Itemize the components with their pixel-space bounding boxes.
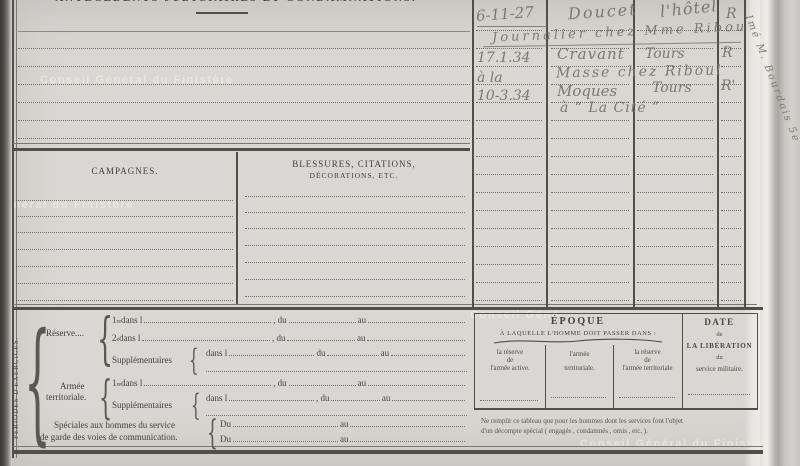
ruled-line [476,174,542,175]
ruled-line [721,174,741,175]
ruled-line [721,228,741,229]
du-label: Du [220,420,231,429]
ruled-line [16,300,233,301]
dotted-fill [392,399,465,401]
ruled-line [551,210,629,211]
armee-brace: { [99,374,112,420]
ruled-line [18,48,470,49]
row-label: dans l [206,394,227,403]
supplementaires-brace: { [191,391,201,421]
speciales-label-line2: de garde des voies de communication. [40,432,177,442]
du-label: , du [273,316,287,325]
epoque-col1-header: la réserve de l'armée active. [477,349,543,373]
ruled-line [551,192,629,193]
ruled-line [551,174,629,175]
ruled-line [476,102,542,103]
ruled-line [476,264,542,265]
dotted-fill [233,440,338,442]
reserve-brace: { [97,312,113,368]
ruled-line [551,30,629,31]
ruled-line [637,300,713,301]
ruled-line [637,120,713,121]
record-table-border [744,0,746,307]
entry-text: Doucet [568,2,639,23]
dotted-fill [368,384,465,386]
book-binding-edge [0,0,12,466]
dotted-fill [289,384,356,386]
header-line: l'armée [548,351,611,359]
ruled-line [476,300,542,301]
ruled-line [18,84,470,85]
header-line: service militaire. [684,365,755,373]
du-label: du [316,349,325,358]
ruled-line [721,300,741,301]
entry-text: Cravant [557,47,625,62]
ruled-line [721,192,741,193]
ruled-line [551,66,629,67]
ruled-line [637,174,713,175]
du-label: , du [273,379,287,388]
ruled-line [476,156,542,157]
speciales-label-line1: Spéciales aux hommes du service [54,420,175,430]
epoque-col3-header: la réserve de l'armée territoriale [615,349,680,373]
ruled-line [721,84,741,85]
periods-side-label: PÉRIODES D'EXERCICES. [12,333,20,439]
section-rule-heavy [13,148,470,151]
ruled-line [551,282,629,283]
armee-label-line1: Armée [60,381,85,391]
ruled-line [18,66,470,67]
ruled-line [551,48,629,49]
armee-row-1: 1redans l , du au [112,379,467,388]
ruled-line [206,371,467,372]
ruled-line [637,210,713,211]
dotted-fill [229,354,314,356]
speciales-row-1: Du au [220,420,467,429]
dotted-fill [233,425,338,427]
au-label: au [358,379,367,388]
dotted-fill [289,321,356,323]
archive-watermark: Conseil Général du Finistère [580,438,760,450]
section-rule [13,304,757,305]
ruled-line [551,397,606,398]
header-line: l'armée active. [477,365,543,373]
epoque-table-border [613,345,614,409]
supplementaires-brace: { [189,346,199,376]
ruled-line [476,138,542,139]
ruled-line [637,264,713,265]
entry-text: à la [477,71,503,85]
ruled-line [476,228,542,229]
du-label: , du [272,334,286,343]
dotted-fill [331,399,379,401]
ruled-line [721,48,741,49]
ruled-line [637,156,713,157]
ruled-line [476,282,542,283]
au-label: au [382,394,391,403]
ruled-line [637,138,713,139]
row-label: dans l [206,349,227,358]
speciales-row-2: Du au [220,435,467,444]
ruled-line [476,210,542,211]
dotted-fill [287,339,355,341]
ruled-line [551,102,629,103]
au-label: au [340,435,349,444]
row-label: dans l [121,379,142,388]
ruled-line [721,120,741,121]
ruled-line [721,30,741,31]
ruled-line [476,30,542,31]
ruled-line [551,138,629,139]
header-line: de [615,357,680,365]
dotted-fill [142,339,270,341]
entry-text: Journalier chez Mme Ribou [492,20,748,44]
ruled-line [551,228,629,229]
supplementaires-label: Supplémentaires [112,355,172,365]
ruled-line [476,120,542,121]
du-label: Du [220,435,231,444]
epoque-title: ÉPOQUE [474,316,682,327]
ruled-line [637,48,713,49]
supplementaires-label: Supplémentaires [112,400,172,410]
ruled-line [476,48,542,49]
ruled-line [551,120,629,121]
epoque-col2-header: l'armée territoriale. [548,351,611,373]
header-line: DATE [684,317,755,327]
supplementaires-row: dans l du au [206,349,467,358]
du-label: , du [316,394,330,403]
bottom-rule-heavy [13,450,763,454]
dotted-fill [327,354,378,356]
judicial-section-title: ANTÉCÉDENTS JUDICIAIRES ET CONDAMNATIONS… [14,0,458,4]
wounds-header-line1: BLESSURES, CITATIONS, [238,159,470,169]
ruled-line [16,200,233,201]
section-rule-heavy [13,307,763,310]
ruled-line [637,30,713,31]
epoque-table-top [474,313,757,314]
ruled-line [245,245,465,246]
entry-text: l'hôtel [659,0,718,20]
handwriting-underline [477,26,547,27]
ruled-line [721,282,741,283]
ruled-line [637,66,713,67]
ruled-line [551,264,629,265]
dotted-fill [350,425,465,427]
ruled-line [476,246,542,247]
ruled-line [637,246,713,247]
epoque-table-border [757,313,758,409]
ruled-line [721,246,741,247]
wounds-header-line2: DÉCORATIONS, ETC. [238,171,470,180]
scanned-military-record-page: Conseil Général du Finistère Conseil Gén… [0,0,800,466]
reserve-row-2: 2edans l , du au [112,334,467,343]
epoque-table-bottom [474,408,758,410]
record-table-border [633,0,635,307]
ruled-line [245,279,465,280]
reserve-row-1: 1redans l , du au [112,316,467,325]
record-table-border [472,0,474,307]
ruled-line [16,266,233,267]
ruled-line [551,84,629,85]
ruled-line [206,415,467,416]
ruled-line [721,66,741,67]
entry-text: Tours [645,47,685,61]
ruled-line [16,249,233,250]
campaigns-header: CAMPAGNES. [14,166,236,176]
ruled-line [18,31,470,32]
dotted-fill [368,321,465,323]
header-line: LA LIBÉRATION [684,342,755,350]
epoque-swash-rule [492,338,664,345]
ruled-line [476,84,542,85]
ruled-line [619,397,675,398]
ruled-line [18,120,470,121]
epoque-table-border [682,313,683,409]
record-table-border [717,0,719,307]
entry-text: à “ La Cité ” [560,101,660,115]
ruled-line [245,196,465,197]
ruled-line [551,156,629,157]
dotted-fill [391,354,465,356]
row-label: dans l [119,334,140,343]
ruled-line [245,228,465,229]
header-line: territoriale. [548,365,611,373]
epoque-subtitle: À LAQUELLE L'HOMME DOIT PASSER DANS : [474,330,682,337]
ruled-line [476,192,542,193]
ruled-line [721,210,741,211]
header-line: du [684,354,755,361]
header-line: de [684,331,755,338]
entry-mark: R [726,7,737,21]
ruled-line [18,138,470,139]
dotted-fill [367,339,465,341]
ruled-line [637,192,713,193]
au-label: au [340,420,349,429]
ruled-line [245,296,465,297]
ruled-line [721,264,741,265]
epoque-footnote-line1: Ne remplir ce tableau que pour les homme… [481,417,771,425]
row-label: dans l [121,316,142,325]
supplementaires-row-2: dans l , du au [206,394,467,403]
dotted-fill [144,384,271,386]
au-label: au [381,349,390,358]
ruled-line [551,300,629,301]
ruled-line [721,102,741,103]
entry-date: 10-3.34 [477,89,531,103]
campaigns-wounds-divider [236,152,238,305]
ruled-line [480,400,538,401]
liberation-date-header: DATE de LA LIBÉRATION du service militai… [684,317,755,373]
header-line: la réserve [615,349,680,357]
armee-label-line2: territoriale. [46,392,86,402]
section-rule [13,143,470,144]
bottom-rule [13,446,763,447]
au-label: au [357,334,366,343]
ruled-line [688,394,750,395]
entry-text: Moques [557,84,617,99]
entry-date: 6-11-27 [476,5,535,24]
entry-mark: R' [721,79,735,93]
dotted-fill [144,321,271,323]
epoque-table-border [474,313,475,409]
ruled-line [16,283,233,284]
dotted-fill [350,440,465,442]
header-line: la réserve [477,349,543,357]
header-line: de [477,357,543,365]
epoque-footnote-line2: d'un décompte spécial ( engagés , condam… [481,427,771,435]
speciales-brace: { [207,416,218,450]
dotted-fill [229,399,314,401]
reserve-label: Réserve.... [46,328,84,338]
ruled-line [637,84,713,85]
ruled-line [16,216,233,217]
ruled-line [721,138,741,139]
ruled-line [245,262,465,263]
title-underline [196,12,248,14]
ruled-line [16,232,233,233]
header-line: l'armée territoriale [615,365,680,373]
ruled-line [551,246,629,247]
ruled-line [637,282,713,283]
ruled-line [721,156,741,157]
epoque-table-border [545,345,546,409]
ruled-line [476,66,542,67]
entry-date: 17.1.34 [477,51,530,65]
ruled-line [637,228,713,229]
ruled-line [245,212,465,213]
ruled-line [637,102,713,103]
au-label: au [358,316,367,325]
ruled-line [18,102,470,103]
